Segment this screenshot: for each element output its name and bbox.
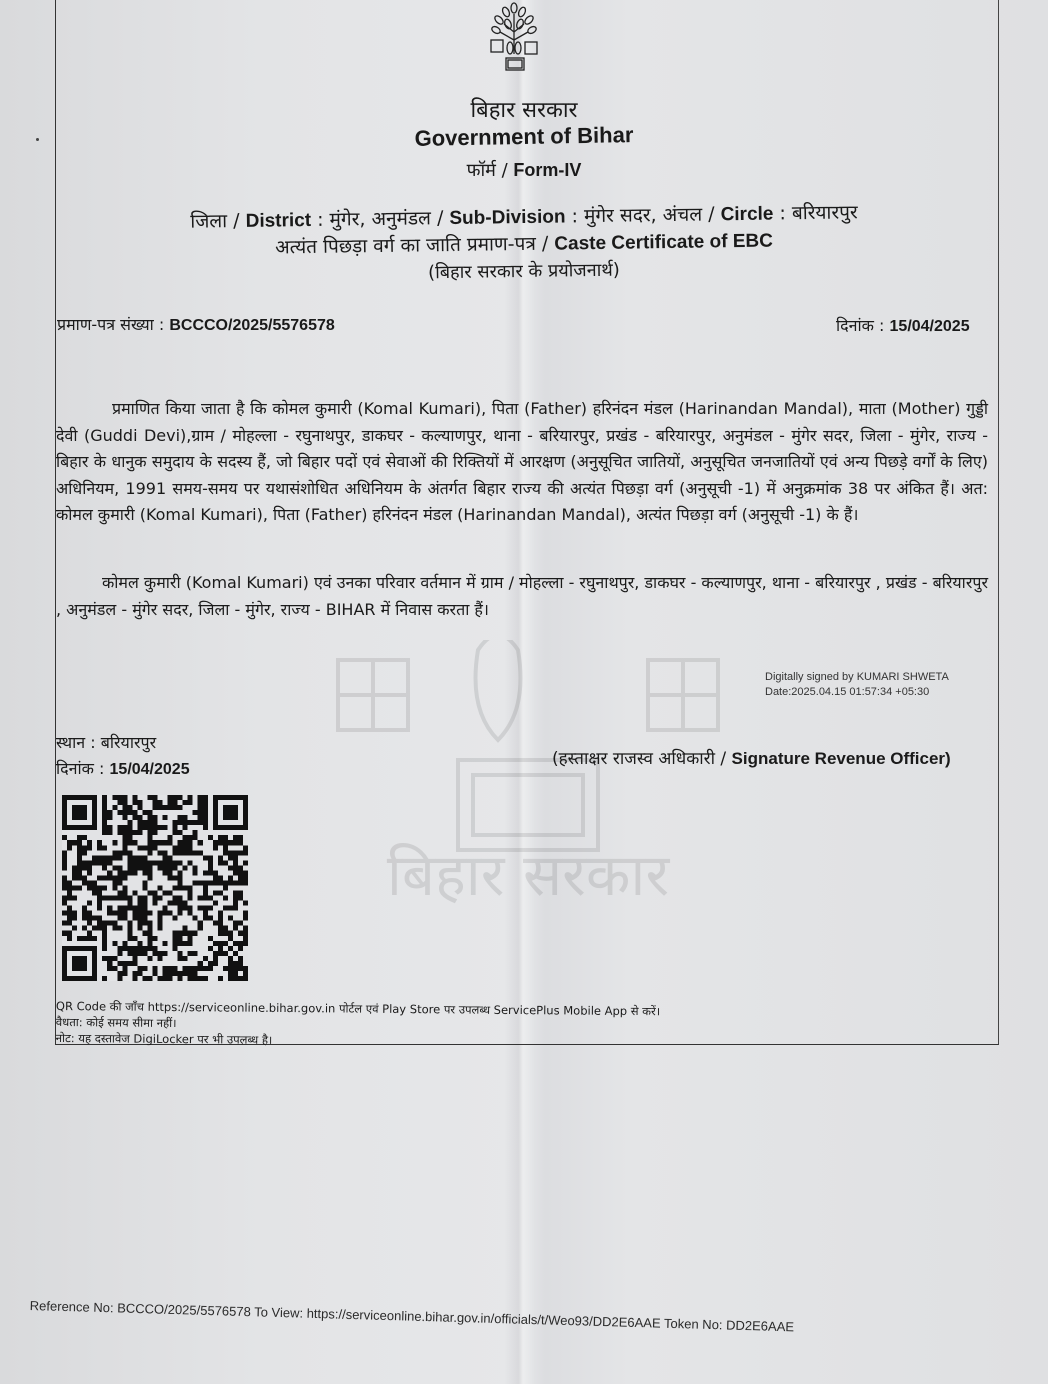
- verification-notes: QR Code की जाँच https://serviceonline.bi…: [56, 998, 661, 1051]
- signature-role-hindi: (हस्ताक्षर राजस्व अधिकारी /: [552, 749, 732, 769]
- place-date-block: स्थान : बरियारपुर दिनांक : 15/04/2025: [56, 730, 190, 783]
- issue-date-label: दिनांक :: [56, 759, 110, 778]
- certificate-date-label: दिनांक :: [836, 316, 890, 335]
- reference-footer: Reference No: BCCCO/2025/5576578 To View…: [30, 1298, 795, 1334]
- digital-signature-date: Date:2025.04.15 01:57:34 +05:30: [765, 685, 949, 700]
- form-label: फॉर्म / Form-IV: [0, 158, 1048, 182]
- digital-signature-block: Digitally signed by KUMARI SHWETA Date:2…: [765, 670, 949, 700]
- subdivision-label: Sub-Division: [449, 206, 565, 229]
- issue-date-line: दिनांक : 15/04/2025: [56, 756, 190, 783]
- certificate-number-value: BCCCO/2025/5576578: [169, 317, 334, 334]
- signature-role: (हस्ताक्षर राजस्व अधिकारी / Signature Re…: [552, 746, 951, 769]
- subdivision-value: : मुंगेर सदर, अंचल /: [565, 203, 720, 227]
- form-number: Form-IV: [513, 160, 581, 180]
- place-label: स्थान :: [56, 733, 101, 752]
- place-line: स्थान : बरियारपुर: [56, 730, 190, 756]
- certificate-body-paragraph-2: कोमल कुमारी (Komal Kumari) एवं उनका परिव…: [56, 570, 988, 623]
- district-value: : मुंगेर, अनुमंडल /: [311, 207, 450, 231]
- district-label: District: [245, 210, 311, 232]
- certificate-number-label: प्रमाण-पत्र संख्या :: [57, 315, 169, 334]
- qr-code-icon[interactable]: [62, 790, 248, 986]
- issue-date-value: 15/04/2025: [110, 761, 190, 778]
- certificate-title-english: Caste Certificate of EBC: [554, 231, 773, 255]
- digital-signer: Digitally signed by KUMARI SHWETA: [765, 670, 949, 685]
- form-label-hindi: फॉर्म /: [467, 160, 514, 181]
- certificate-number: प्रमाण-पत्र संख्या : BCCCO/2025/5576578: [57, 313, 335, 335]
- certificate-body-paragraph-1: प्रमाणित किया जाता है कि कोमल कुमारी (Ko…: [56, 396, 988, 529]
- district-label-hindi: जिला /: [190, 210, 246, 233]
- bihar-sarkar-watermark-icon: बिहार सरकार: [328, 640, 728, 910]
- certificate-title-hindi: अत्यंत पिछड़ा वर्ग का जाति प्रमाण-पत्र /: [275, 233, 554, 259]
- circle-label: Circle: [720, 204, 773, 226]
- signature-role-english: Signature Revenue Officer): [732, 749, 951, 768]
- circle-value: : बरियारपुर: [773, 201, 858, 224]
- certificate-date: दिनांक : 15/04/2025: [836, 314, 970, 336]
- certificate-date-value: 15/04/2025: [890, 318, 970, 335]
- svg-text:बिहार सरकार: बिहार सरकार: [387, 841, 671, 909]
- bihar-emblem-icon: [486, 2, 542, 74]
- place-value: बरियारपुर: [101, 733, 156, 752]
